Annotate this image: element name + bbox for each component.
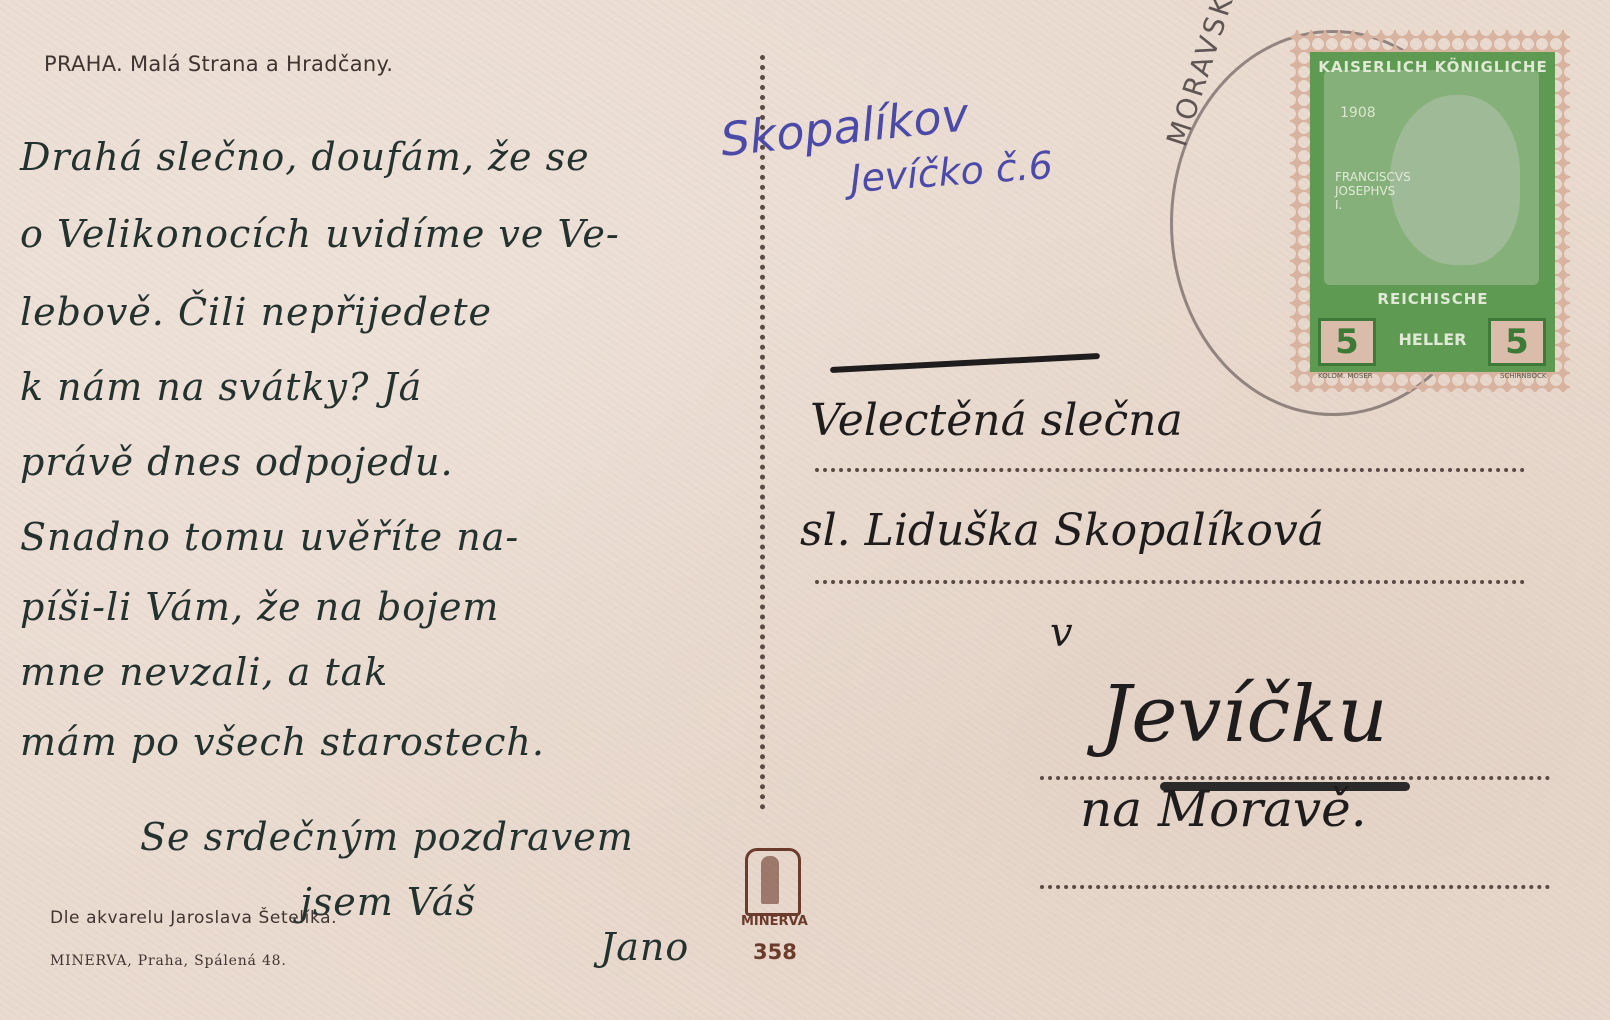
message-line: právě dnes odpojedu.	[20, 440, 454, 484]
message-line: lebově. Čili nepřijedete	[20, 290, 492, 334]
postcard-back: PRAHA. Malá Strana a Hradčany. Drahá sle…	[0, 0, 1610, 1020]
address-dotted-line	[815, 580, 1525, 584]
message-line: Snadno tomu uvěříte na-	[20, 515, 519, 559]
message-signature-name: Jano	[600, 925, 689, 969]
stamp-name: FRANCISCVS JOSEPHVS I.	[1335, 170, 1395, 212]
stamp-value-left: 5	[1318, 318, 1376, 366]
card-title: PRAHA. Malá Strana a Hradčany.	[44, 52, 393, 76]
stamp-value-right: 5	[1488, 318, 1546, 366]
message-closing: Se srdečným pozdravem	[140, 815, 634, 859]
stamp-top-text: KAISERLICH KÖNIGLICHE	[1318, 58, 1548, 76]
flourish-stroke	[830, 353, 1100, 373]
annotation-place: Jevíčko č.6	[849, 143, 1055, 201]
address-town: Jevíčku	[1100, 670, 1388, 760]
message-line: mám po všech starostech.	[20, 720, 545, 764]
series-number: 358	[753, 940, 797, 964]
message-line: k nám na svátky? Já	[20, 365, 422, 409]
message-line: píši-li Vám, že na bojem	[20, 585, 499, 629]
address-dotted-line	[815, 468, 1525, 472]
message-line: Drahá slečno, doufám, že se	[20, 135, 590, 179]
stamp-designer: KOLOM. MOSER	[1318, 372, 1373, 380]
message-line: mne nevzali, a tak	[20, 650, 388, 694]
stamp-year: 1908	[1340, 105, 1376, 121]
stamp-engraver: SCHIRNBÖCK	[1500, 372, 1546, 380]
address-preposition: v	[1050, 610, 1073, 656]
address-salutation: Velectěná slečna	[810, 395, 1183, 446]
publisher-line: MINERVA, Praha, Spálená 48.	[50, 953, 287, 969]
minerva-figure-icon	[761, 856, 779, 904]
address-region: na Moravě.	[1080, 780, 1367, 838]
stamp-currency: HELLER	[1385, 330, 1480, 349]
artist-credit: Dle akvarelu Jaroslava Šetelíka.	[50, 908, 337, 928]
address-recipient: sl. Liduška Skopalíková	[800, 505, 1324, 556]
address-dotted-line	[1040, 885, 1550, 889]
center-divider	[760, 55, 765, 810]
stamp-bottom-text: REICHISCHE	[1318, 290, 1548, 308]
logo-label: MINERVA	[741, 914, 808, 929]
message-line: o Velikonocích uvidíme ve Ve-	[20, 212, 620, 256]
